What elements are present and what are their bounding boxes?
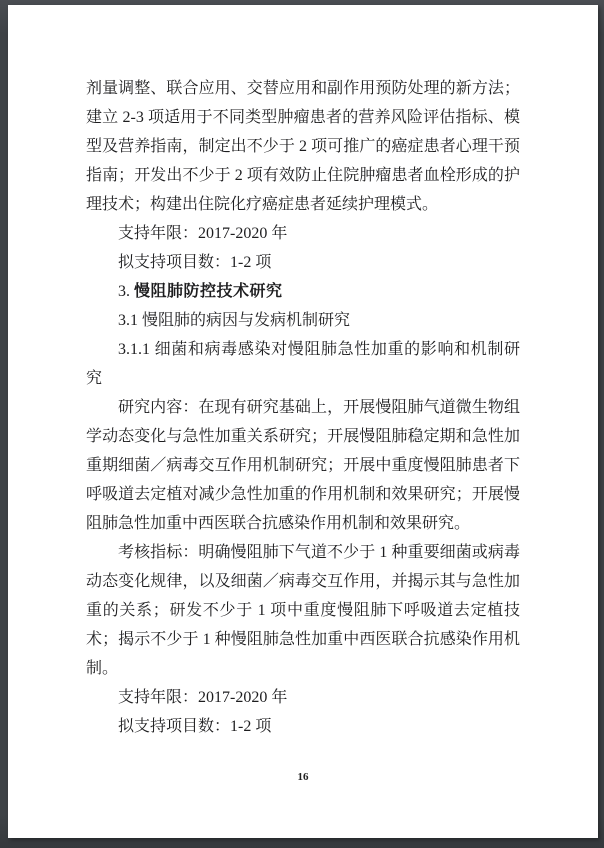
document-page: 剂量调整、联合应用、交替应用和副作用预防处理的新方法；建立 2-3 项适用于不同… (8, 5, 598, 838)
paragraph-continuation: 剂量调整、联合应用、交替应用和副作用预防处理的新方法；建立 2-3 项适用于不同… (86, 74, 520, 219)
page-number: 16 (8, 771, 598, 783)
section-3-heading: 3. 慢阻肺防控技术研究 (86, 277, 520, 306)
project-count-line-1: 拟支持项目数：1-2 项 (86, 248, 520, 277)
project-count-line-2: 拟支持项目数：1-2 项 (86, 712, 520, 741)
section-3-title: 慢阻肺防控技术研究 (134, 283, 283, 300)
support-years-line-2: 支持年限：2017-2020 年 (86, 683, 520, 712)
paragraph-research-content: 研究内容：在现有研究基础上，开展慢阻肺气道微生物组学动态变化与急性加重关系研究；… (86, 393, 520, 538)
section-3-1-heading: 3.1 慢阻肺的病因与发病机制研究 (86, 306, 520, 335)
paragraph-assessment-indicators: 考核指标：明确慢阻肺下气道不少于 1 种重要细菌或病毒动态变化规律，以及细菌／病… (86, 538, 520, 683)
support-years-line-1: 支持年限：2017-2020 年 (86, 219, 520, 248)
section-3-1-1-heading: 3.1.1 细菌和病毒感染对慢阻肺急性加重的影响和机制研究 (86, 335, 520, 393)
pdf-viewer-background: 剂量调整、联合应用、交替应用和副作用预防处理的新方法；建立 2-3 项适用于不同… (0, 0, 604, 848)
page-content: 剂量调整、联合应用、交替应用和副作用预防处理的新方法；建立 2-3 项适用于不同… (86, 74, 520, 741)
section-3-number: 3. (118, 283, 134, 300)
